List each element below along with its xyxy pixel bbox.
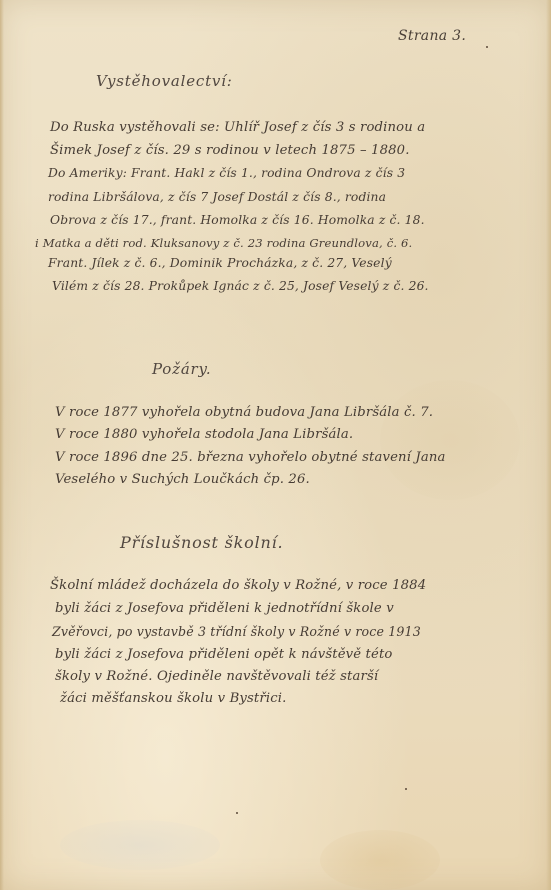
section-heading-school: Příslušnost školní. [120, 533, 283, 552]
text-line: byli žáci z Josefova přiděleni k jednotř… [55, 601, 394, 616]
section-heading-emigration: Vystěhovalectví: [96, 72, 233, 90]
paper-stain [60, 820, 220, 870]
text-line: Veselého v Suchých Loučkách čp. 26. [55, 472, 310, 487]
paper-stain [320, 830, 440, 890]
paper-stain [380, 380, 520, 500]
text-line: rodina Libršálova, z čís 7 Josef Dostál … [48, 190, 386, 204]
text-line: Školní mládež docházela do školy v Rožné… [50, 578, 426, 593]
text-line: Obrova z čís 17., frant. Homolka z čís 1… [50, 213, 425, 227]
page-edge-left [0, 0, 4, 890]
text-line: i Matka a děti rod. Kluksanovy z č. 23 r… [35, 236, 412, 250]
page-number: Strana 3. [398, 28, 466, 44]
text-line: Vilém z čís 28. Prokůpek Ignác z č. 25, … [52, 279, 429, 293]
text-line: V roce 1880 vyhořela stodola Jana Libršá… [55, 427, 353, 442]
ink-speck [486, 46, 488, 48]
page-edge-right [546, 0, 551, 890]
text-line: byli žáci z Josefova přiděleni opět k ná… [55, 647, 393, 662]
manuscript-page: Strana 3. Vystěhovalectví: Do Ruska vyst… [0, 0, 551, 890]
ink-speck [236, 812, 238, 814]
ink-speck [405, 788, 407, 790]
text-line: Do Ruska vystěhovali se: Uhlíř Josef z č… [50, 120, 425, 135]
text-line: V roce 1877 vyhořela obytná budova Jana … [55, 405, 433, 420]
text-line: Šimek Josef z čís. 29 s rodinou v letech… [50, 143, 410, 158]
text-line: V roce 1896 dne 25. března vyhořelo obyt… [55, 450, 446, 465]
text-line: Frant. Jílek z č. 6., Dominik Procházka,… [48, 256, 392, 270]
section-heading-fires: Požáry. [152, 360, 211, 378]
text-line: Do Ameriky: Frant. Hakl z čís 1., rodina… [48, 166, 405, 180]
text-line: žáci měšťanskou školu v Bystřici. [60, 691, 286, 706]
text-line: Zvěřovci, po vystavbě 3 třídní školy v R… [52, 624, 421, 639]
text-line: školy v Rožné. Ojediněle navštěvovali té… [55, 669, 378, 684]
